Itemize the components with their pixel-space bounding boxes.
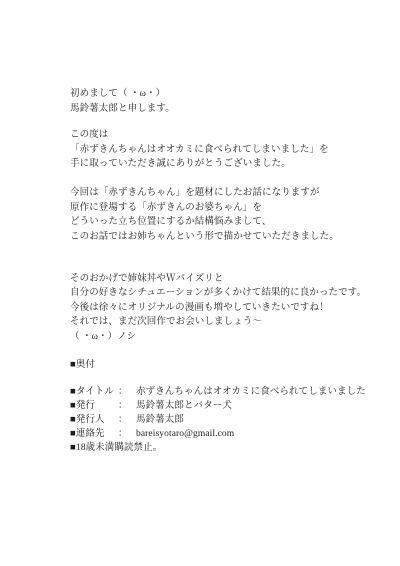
age-restriction-text: ■18歳未満購読禁止。 bbox=[70, 441, 162, 456]
greeting-line: 初めまして（ ・ω・） bbox=[70, 87, 390, 102]
commentary-line: 今回は「赤ずきんちゃん」を題材にしたお話になりますが bbox=[70, 186, 390, 201]
commentary-line: 原作に登場する「赤ずきんのお婆ちゃん」を bbox=[70, 201, 390, 216]
colophon-separator: ： bbox=[118, 399, 132, 414]
colophon-heading: ■奥付 bbox=[70, 358, 390, 373]
colophon-separator: ： bbox=[118, 385, 132, 400]
closing-kaomoji-line: （ ・ω・）ノシ bbox=[70, 330, 390, 345]
colophon-label: ■発行 bbox=[70, 399, 118, 414]
colophon-label: ■発行人 bbox=[70, 413, 118, 428]
commentary-line: どういった立ち位置にするか結構悩みまして、 bbox=[70, 215, 390, 230]
colophon-section: ■奥付 ■タイトル ： 赤ずきんちゃんはオオカミに食べられてしまいました ■発行… bbox=[70, 358, 390, 455]
colophon-row-issuer: ■発行人 ： 馬鈴薯太郎 bbox=[70, 413, 390, 427]
closing-line: そのおかげで姉妹丼やＷパイズリと bbox=[70, 272, 390, 287]
colophon-value-publisher: 馬鈴薯太郎とバター犬 bbox=[136, 399, 232, 414]
colophon-separator: ： bbox=[118, 413, 132, 428]
colophon-value-issuer: 馬鈴薯太郎 bbox=[136, 413, 184, 428]
colophon-label: ■タイトル bbox=[70, 385, 118, 400]
colophon-separator: ： bbox=[118, 427, 132, 442]
afterword-content: 初めまして（ ・ω・） 馬鈴薯太郎と申します。 この度は 「赤ずきんちゃんはオオ… bbox=[70, 87, 390, 455]
commentary-line: このお話ではお姉ちゃんという形で描かせていただきました。 bbox=[70, 230, 390, 245]
colophon-rows: ■タイトル ： 赤ずきんちゃんはオオカミに食べられてしまいました ■発行 ： 馬… bbox=[70, 385, 390, 455]
closing-line: 自分の好きなシチュエーションが多くかけて結果的に良かったです。 bbox=[70, 286, 390, 301]
greeting-line: 馬鈴薯太郎と申します。 bbox=[70, 102, 390, 117]
age-restriction-notice: ■18歳未満購読禁止。 bbox=[70, 441, 390, 455]
closing-paragraph: そのおかげで姉妹丼やＷパイズリと 自分の好きなシチュエーションが多くかけて結果的… bbox=[70, 272, 390, 345]
colophon-row-contact: ■連絡先 ： bareisyotaro@gmail.com bbox=[70, 427, 390, 441]
colophon-label: ■連絡先 bbox=[70, 427, 118, 442]
closing-line: それでは、まだ次回作でお会いしましょう～ bbox=[70, 315, 390, 330]
thanks-line: 「赤ずきんちゃんはオオカミに食べられてしまいました」を bbox=[70, 143, 390, 158]
thanks-paragraph: この度は 「赤ずきんちゃんはオオカミに食べられてしまいました」を 手に取っていた… bbox=[70, 128, 390, 172]
colophon-value-contact-email: bareisyotaro@gmail.com bbox=[136, 427, 234, 442]
thanks-line: 手に取っていただき誠にありがとうございました。 bbox=[70, 157, 390, 172]
closing-line: 今後は徐々にオリジナルの漫画も増やしていきたいですね！ bbox=[70, 301, 390, 316]
colophon-row-publisher: ■発行 ： 馬鈴薯太郎とバター犬 bbox=[70, 399, 390, 413]
thanks-line: この度は bbox=[70, 128, 390, 143]
commentary-paragraph: 今回は「赤ずきんちゃん」を題材にしたお話になりますが 原作に登場する「赤ずきんの… bbox=[70, 186, 390, 244]
greeting-paragraph: 初めまして（ ・ω・） 馬鈴薯太郎と申します。 bbox=[70, 87, 390, 116]
colophon-value-title: 赤ずきんちゃんはオオカミに食べられてしまいました bbox=[136, 385, 366, 400]
colophon-row-title: ■タイトル ： 赤ずきんちゃんはオオカミに食べられてしまいました bbox=[70, 385, 390, 399]
afterword-page: 初めまして（ ・ω・） 馬鈴薯太郎と申します。 この度は 「赤ずきんちゃんはオオ… bbox=[0, 0, 400, 566]
